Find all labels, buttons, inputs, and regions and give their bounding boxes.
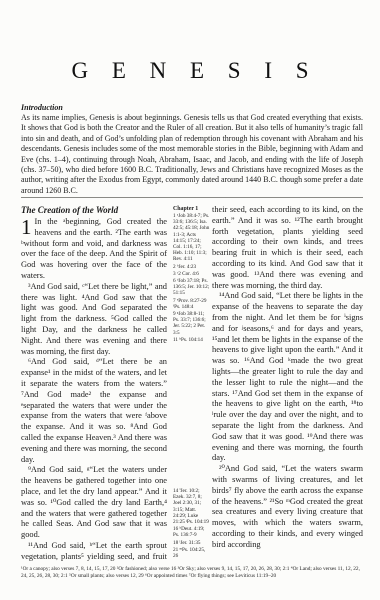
book-title: G E N E S I S bbox=[0, 58, 380, 84]
chapter-number-dropcap: 1 bbox=[21, 217, 35, 237]
cross-reference-block-bottom: 14 ⁱJer. 10:2; Ezek. 32:7, 8; Joel 2:30,… bbox=[173, 488, 210, 560]
section-heading: The Creation of the World bbox=[21, 205, 167, 215]
introduction-text: As its name implies, Genesis is about be… bbox=[21, 113, 363, 196]
footnotes: ¹Or a canopy; also verses 7, 8, 14, 15, … bbox=[21, 566, 363, 580]
verse-paragraph-9-10: ⁹And God said, ᵍ“Let the waters under th… bbox=[21, 465, 167, 541]
verse-text-1-2: In the ᵃbeginning, God created the heave… bbox=[21, 217, 167, 280]
verse-paragraph-14-19: ¹⁴And God said, “Let there be lights in … bbox=[212, 291, 363, 464]
cross-reference-entry: 3 ᶜ2 Cor. 4:6 bbox=[173, 271, 210, 277]
verse-paragraph-3-5: ³And God said, ᶜ“Let there be light,” an… bbox=[21, 282, 167, 358]
cross-reference-entry: 9 ᵍJob 38:8-11; Ps. 33:7; 136:6; Jer. 5:… bbox=[173, 311, 210, 336]
cross-reference-entry: 21 ᵐPs. 104:25, 26 bbox=[173, 547, 210, 559]
introduction-heading: Introduction bbox=[21, 103, 363, 112]
verse-paragraph-20-21: ²⁰And God said, “Let the waters swarm wi… bbox=[212, 464, 363, 550]
cross-reference-entry: 7 ᵉProv. 8:27-29 ᶠPs. 148:4 bbox=[173, 298, 210, 310]
left-text-column: The Creation of the World 1In the ᵃbegin… bbox=[21, 205, 167, 563]
right-text-column: their seed, each according to its kind, … bbox=[212, 205, 363, 563]
verse-paragraph-1: 1In the ᵃbeginning, God created the heav… bbox=[21, 217, 167, 282]
footnote-text: ¹Or a canopy; also verses 7, 8, 14, 15, … bbox=[21, 566, 363, 580]
chapter-heading: Chapter 1 bbox=[173, 206, 210, 212]
verse-paragraph-11-13: their seed, each according to its kind, … bbox=[212, 205, 363, 291]
section-divider bbox=[21, 197, 363, 198]
cross-reference-entry: 11 ʰPs. 104:14 bbox=[173, 337, 210, 343]
cross-reference-entry: 6 ᵈJob 37:18; Ps. 136:5; Jer. 10:12; 51:… bbox=[173, 278, 210, 297]
cross-reference-entry: 1 ᵃJob 38:4-7; Ps. 33:6; 136:5; Isa. 42:… bbox=[173, 213, 210, 263]
verse-paragraph-6-8: ⁶And God said, ᵈ“Let there be an expanse… bbox=[21, 357, 167, 465]
introduction-section: Introduction As its name implies, Genesi… bbox=[21, 103, 363, 196]
cross-reference-entry: 18 ˡJer. 31:35 bbox=[173, 540, 210, 546]
verse-paragraph-11: ¹¹And God said, ʰ“Let the earth sprout v… bbox=[21, 541, 167, 563]
cross-reference-entry: 16 ᵏDeut. 4:19; Ps. 136:7-9 bbox=[173, 526, 210, 538]
bible-page: G E N E S I S Introduction As its name i… bbox=[0, 0, 380, 600]
scripture-columns: The Creation of the World 1In the ᵃbegin… bbox=[21, 205, 363, 563]
cross-reference-entry: 14 ⁱJer. 10:2; Ezek. 32:7, 8; Joel 2:30,… bbox=[173, 488, 210, 525]
cross-reference-column: Chapter 1 1 ᵃJob 38:4-7; Ps. 33:6; 136:5… bbox=[167, 205, 212, 563]
cross-reference-entry: 2 ᵇJer. 4:23 bbox=[173, 264, 210, 270]
cross-reference-block-top: Chapter 1 1 ᵃJob 38:4-7; Ps. 33:6; 136:5… bbox=[173, 206, 210, 343]
